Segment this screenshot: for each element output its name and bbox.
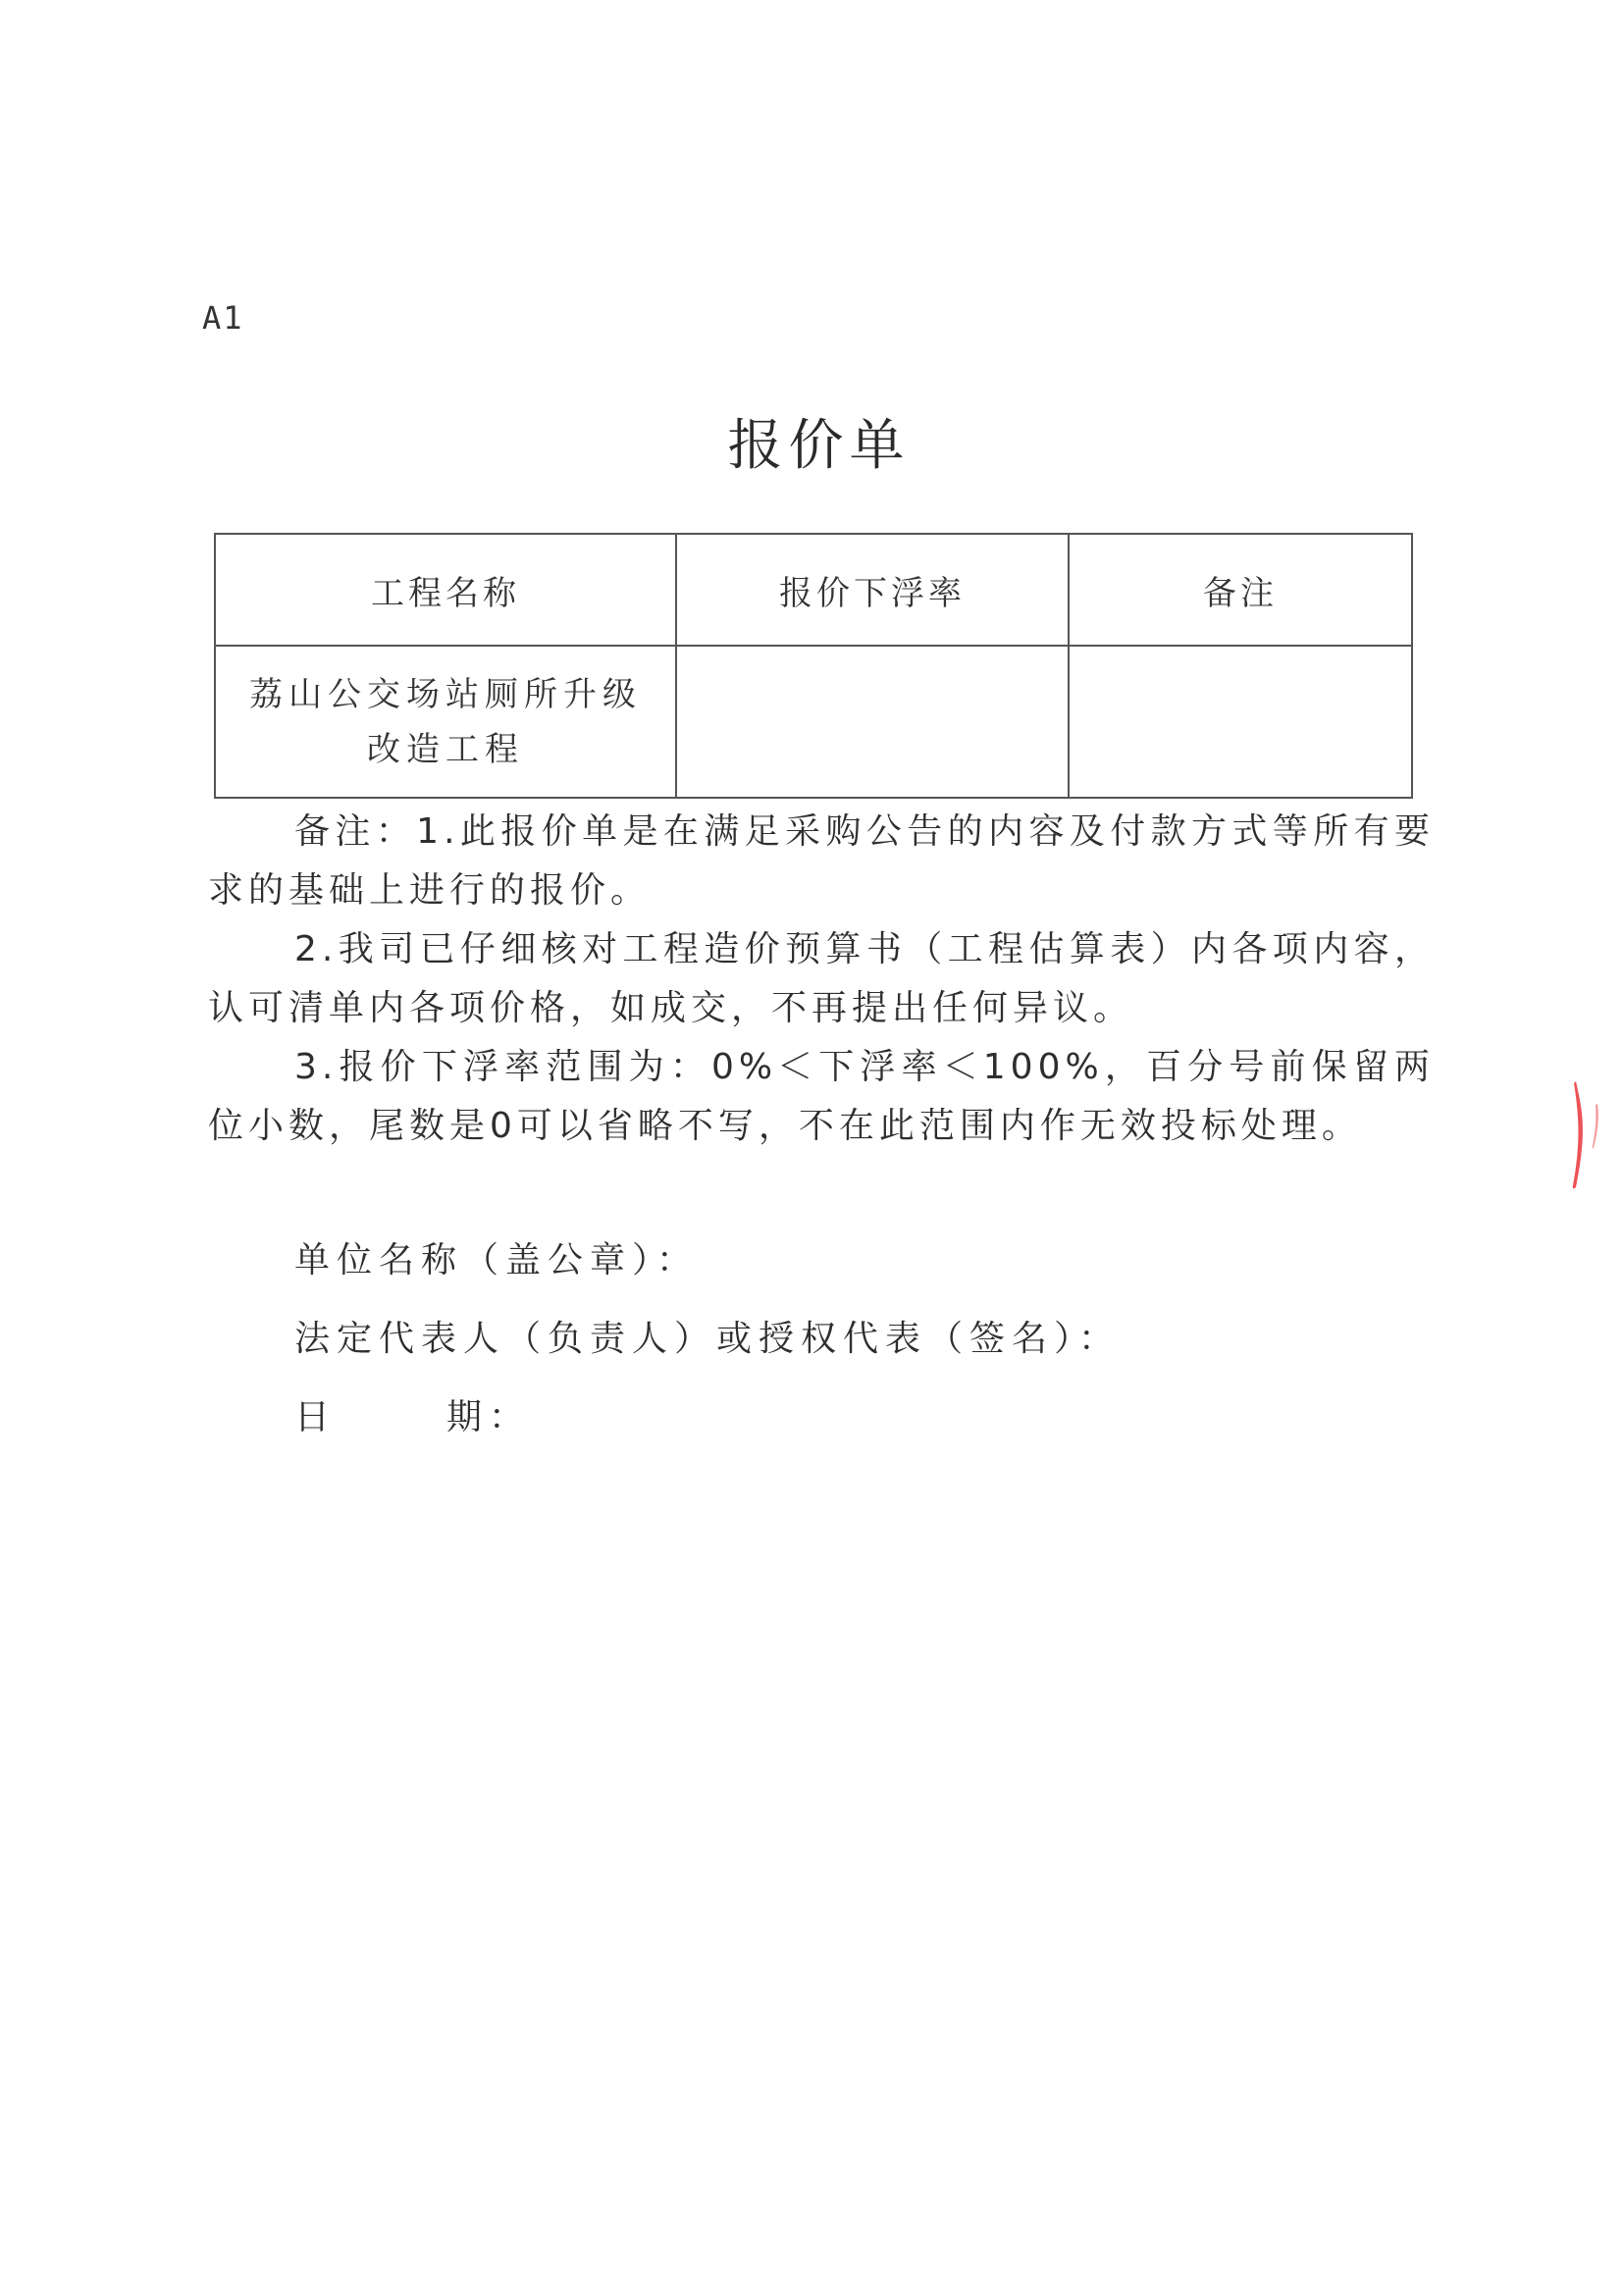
notes-section: 备注：1.此报价单是在满足采购公告的内容及付款方式等所有要求的基础上进行的报价。… xyxy=(208,803,1435,1156)
header-project-name: 工程名称 xyxy=(215,534,676,646)
header-discount-rate: 报价下浮率 xyxy=(676,534,1069,646)
cell-discount-rate[interactable] xyxy=(676,646,1069,798)
table-row: 荔山公交场站厕所升级改造工程 xyxy=(215,646,1412,798)
header-remarks: 备注 xyxy=(1069,534,1412,646)
document-label: A1 xyxy=(202,299,244,337)
cell-project-name: 荔山公交场站厕所升级改造工程 xyxy=(215,646,676,798)
note-item-2: 2.我司已仔细核对工程造价预算书（工程估算表）内各项内容，认可清单内各项价格，如… xyxy=(208,920,1435,1038)
document-title: 报价单 xyxy=(0,402,1623,481)
quote-table: 工程名称 报价下浮率 备注 荔山公交场站厕所升级改造工程 xyxy=(214,533,1413,799)
note-item-3: 3.报价下浮率范围为：0%＜下浮率＜100%，百分号前保留两位小数，尾数是0可以… xyxy=(208,1038,1435,1156)
date-label-part2: 期： xyxy=(446,1397,531,1437)
representative-label: 法定代表人（负责人）或授权代表（签名）： xyxy=(294,1319,1121,1359)
cell-remarks[interactable] xyxy=(1069,646,1412,798)
date-line[interactable]: 日期： xyxy=(294,1379,1121,1457)
project-name-text: 荔山公交场站厕所升级改造工程 xyxy=(244,667,647,777)
company-name-line[interactable]: 单位名称（盖公章）： xyxy=(294,1222,1121,1300)
company-name-label: 单位名称（盖公章）： xyxy=(294,1240,699,1280)
table-header-row: 工程名称 报价下浮率 备注 xyxy=(215,534,1412,646)
date-label-part1: 日 xyxy=(294,1397,337,1437)
signature-section: 单位名称（盖公章）： 法定代表人（负责人）或授权代表（签名）： 日期： xyxy=(294,1222,1121,1457)
representative-line[interactable]: 法定代表人（负责人）或授权代表（签名）： xyxy=(294,1300,1121,1379)
seal-edge-mark-icon xyxy=(1568,1079,1607,1197)
note-item-1: 备注：1.此报价单是在满足采购公告的内容及付款方式等所有要求的基础上进行的报价。 xyxy=(208,803,1435,920)
